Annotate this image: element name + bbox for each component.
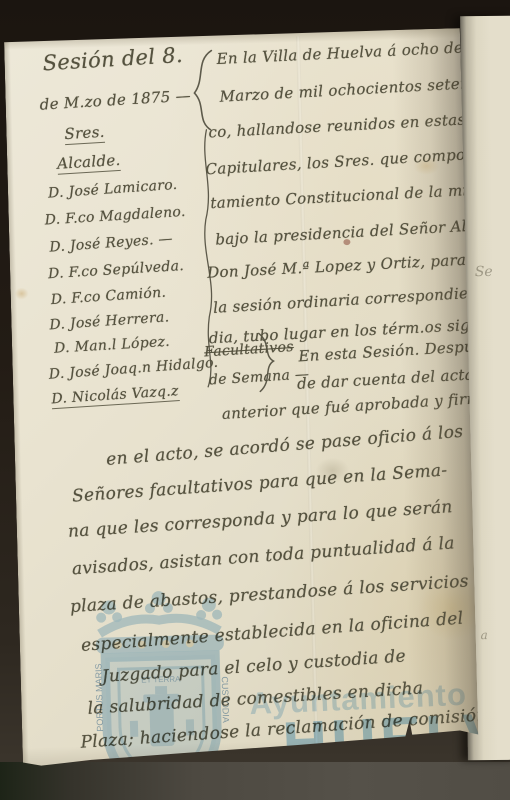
manuscript-line: Don José M.ª Lopez y Ortiz, para celebra… xyxy=(207,247,510,282)
margin-note: de Semana — xyxy=(209,366,310,388)
attendee-name: D. Nicolás Vazq.z xyxy=(51,383,179,409)
adjacent-page-text-fragment: Se xyxy=(475,264,493,280)
adjacent-page-text-fragment: a xyxy=(481,628,488,642)
scanner-background-strip xyxy=(0,762,510,800)
paper-fold-crease xyxy=(296,36,319,752)
session-date: de M.zo de 1875 — xyxy=(39,87,191,114)
attendee-name: D. F.co Sepúlveda. xyxy=(48,258,185,282)
attendees-subheading: Alcalde. xyxy=(57,151,122,175)
manuscript-line: plaza de abastos, prestandose á los serv… xyxy=(69,571,469,617)
manuscript-line: avisados, asistan con toda puntualidad á… xyxy=(71,533,455,579)
manuscript-line: de dar cuenta del acta xyxy=(297,365,475,393)
manuscript-line: especialmente establecida en la oficina … xyxy=(80,609,464,656)
manuscript-line: Juzgado para el celo y custodia de xyxy=(101,646,406,687)
manuscript-line: na que les corresponda y para lo que ser… xyxy=(67,497,453,542)
attendee-name: D. Man.l López. xyxy=(54,334,171,357)
paper-stain xyxy=(14,287,28,299)
manuscript-line: tamiento Constitucional de la misma xyxy=(210,180,500,213)
attendees-heading: Sres. xyxy=(64,123,105,145)
attendee-name: D. José Joaq.n Hidalgo. xyxy=(48,355,219,383)
attendee-name: D. F.co Magdaleno. xyxy=(44,204,186,229)
attendee-name: D. José Reyes. — xyxy=(49,231,173,256)
manuscript-line: anterior que fué aprobada y firmada á d. xyxy=(221,385,510,423)
manuscript-page: Sesión del 8. de M.zo de 1875 — Sres. Al… xyxy=(4,28,479,770)
attendee-name: D. F.co Camión. xyxy=(50,285,166,308)
attendee-name: D. José Herrera. xyxy=(49,309,170,333)
manuscript-line: En la Villa de Huelva á ocho de xyxy=(216,38,463,68)
manuscript-line: la sesión ordinaria correspondiente á es… xyxy=(213,280,510,317)
session-title: Sesión del 8. xyxy=(42,43,184,76)
attendee-name: D. José Lamicaro. xyxy=(48,177,178,202)
scanned-document: Se a Sesión del 8. de M.zo de 1875 — Sre… xyxy=(0,0,510,800)
